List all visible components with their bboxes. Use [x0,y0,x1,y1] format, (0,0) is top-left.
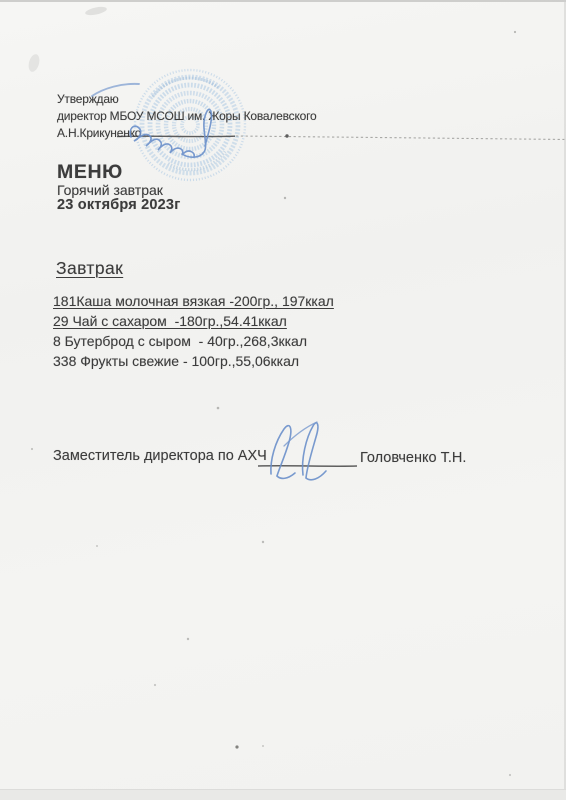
scanned-menu-document: Утверждаю директор МБОУ МСОШ им. Жоры Ко… [0,0,566,800]
deputy-signature [0,0,566,800]
scan-edge-top [0,0,566,2]
scan-edge-bottom [0,789,566,800]
